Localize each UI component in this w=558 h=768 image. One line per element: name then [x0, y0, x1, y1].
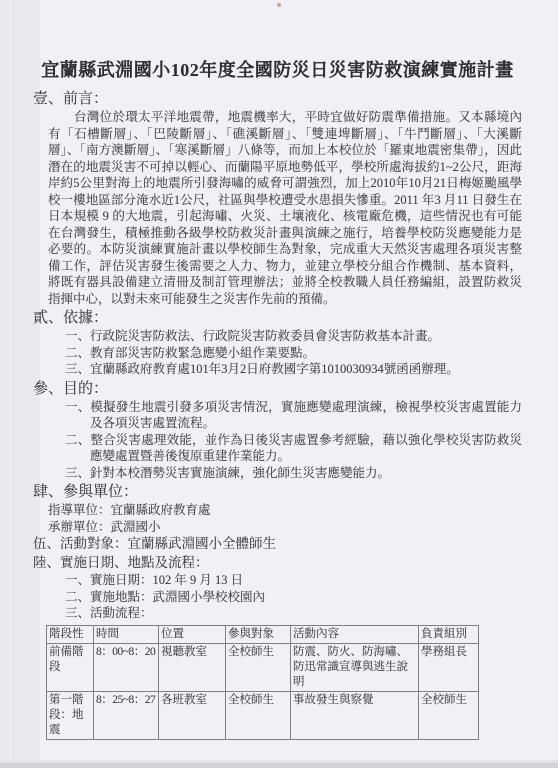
table-header-cell: 時間 — [94, 625, 159, 643]
table-cell: 第一階段：地震 — [47, 691, 94, 739]
table-row: 第一階段：地震 8：25~8：27 各班教室 全校師生 事故發生與察覺 全校師生 — [47, 691, 479, 739]
document-body: 宜蘭縣武淵國小102年度全國防災日災害防救演練實施計畫 壹、前言： 台灣位於環太… — [33, 57, 522, 740]
audience-line: 伍、活動對象：宜蘭縣武淵國小全體師生 — [33, 535, 522, 552]
table-cell: 學務組長 — [419, 643, 479, 691]
table-cell: 8：25~8：27 — [94, 691, 159, 739]
basis-heading: 貳、依據： — [33, 309, 522, 327]
foreword-heading: 壹、前言： — [33, 90, 522, 108]
basis-item: 三、宜蘭縣政府教育處101年3月2日府教國字第1010030934號函函辦理。 — [65, 361, 522, 378]
foreword-paragraph: 台灣位於環太平洋地震帶，地震機率大，平時宜做好防震準備措施。又本縣境內有「石槽斷… — [48, 109, 522, 307]
table-cell: 前備階段 — [47, 643, 94, 691]
basis-item: 一、行政院災害防救法、行政院災害防救委員會災害防救基本計畫。 — [65, 328, 522, 345]
advisor-unit-line: 指導單位：宜蘭縣政府教育處 — [48, 502, 522, 519]
scan-vertical-line — [13, 0, 14, 768]
date-item: 一、實施日期：102 年 9 月 13 日 — [65, 572, 522, 589]
document-title: 宜蘭縣武淵國小102年度全國防災日災害防救演練實施計畫 — [33, 57, 522, 83]
table-cell: 視聽教室 — [159, 643, 226, 691]
table-cell: 全校師生 — [419, 691, 479, 739]
purpose-items: 一、模擬發生地震引發多項災害情況，實施應變處理演練，檢視學校災害處置能力及各項災… — [65, 399, 522, 482]
table-row: 前備階段 8：00~8：20 視聽教室 全校師生 防震、防火、防海嘯、防迅常識宣… — [47, 643, 479, 691]
organizer-unit-line: 承辦單位：武淵國小 — [48, 519, 522, 536]
scan-red-dot-artifact — [277, 3, 281, 7]
table-cell: 防震、防火、防海嘯、防迅常識宣導與逃生說明 — [291, 643, 419, 691]
basis-items: 一、行政院災害防救法、行政院災害防救委員會災害防救基本計畫。 二、教育部災害防救… — [65, 328, 522, 378]
participants-lines: 指導單位：宜蘭縣政府教育處 承辦單位：武淵國小 — [48, 502, 522, 535]
purpose-heading: 參、目的： — [33, 380, 522, 398]
flow-item: 三、活動流程： — [65, 605, 522, 622]
table-header-cell: 位置 — [159, 625, 226, 643]
purpose-item: 一、模擬發生地震引發多項災害情況，實施應變處理演練，檢視學校災害處置能力及各項災… — [65, 399, 522, 432]
table-header-cell: 負責組別 — [419, 625, 479, 643]
location-item: 二、實施地點：武淵國小學校校園內 — [65, 589, 522, 606]
table-cell: 各班教室 — [159, 691, 226, 739]
table-cell: 8：00~8：20 — [94, 643, 159, 691]
table-cell: 全校師生 — [226, 691, 291, 739]
scanned-page: 宜蘭縣武淵國小102年度全國防災日災害防救演練實施計畫 壹、前言： 台灣位於環太… — [0, 0, 558, 768]
purpose-item: 二、整合災害處理效能，並作為日後災害處置參考經驗，藉以強化學校災害防救災應變處置… — [65, 432, 522, 465]
activity-flow-table: 階段性 時間 位置 參與對象 活動內容 負責組別 前備階段 8：00~8：20 … — [46, 625, 479, 740]
participants-heading: 肆、參與單位： — [33, 483, 522, 501]
basis-item: 二、教育部災害防救緊急應變小組作業要點。 — [65, 345, 522, 362]
table-cell: 全校師生 — [226, 643, 291, 691]
table-header-row: 階段性 時間 位置 參與對象 活動內容 負責組別 — [47, 625, 479, 643]
table-header-cell: 活動內容 — [291, 625, 419, 643]
table-header-cell: 階段性 — [47, 625, 94, 643]
schedule-heading: 陸、實施日期、地點及流程： — [33, 554, 522, 571]
purpose-item: 三、針對本校潛勢災害實施演練，強化師生災害應變能力。 — [65, 465, 522, 482]
table-header-cell: 參與對象 — [226, 625, 291, 643]
schedule-items: 一、實施日期：102 年 9 月 13 日 二、實施地點：武淵國小學校校園內 三… — [65, 572, 522, 622]
scan-bottom-edge — [0, 763, 558, 768]
table-cell: 事故發生與察覺 — [291, 691, 419, 739]
